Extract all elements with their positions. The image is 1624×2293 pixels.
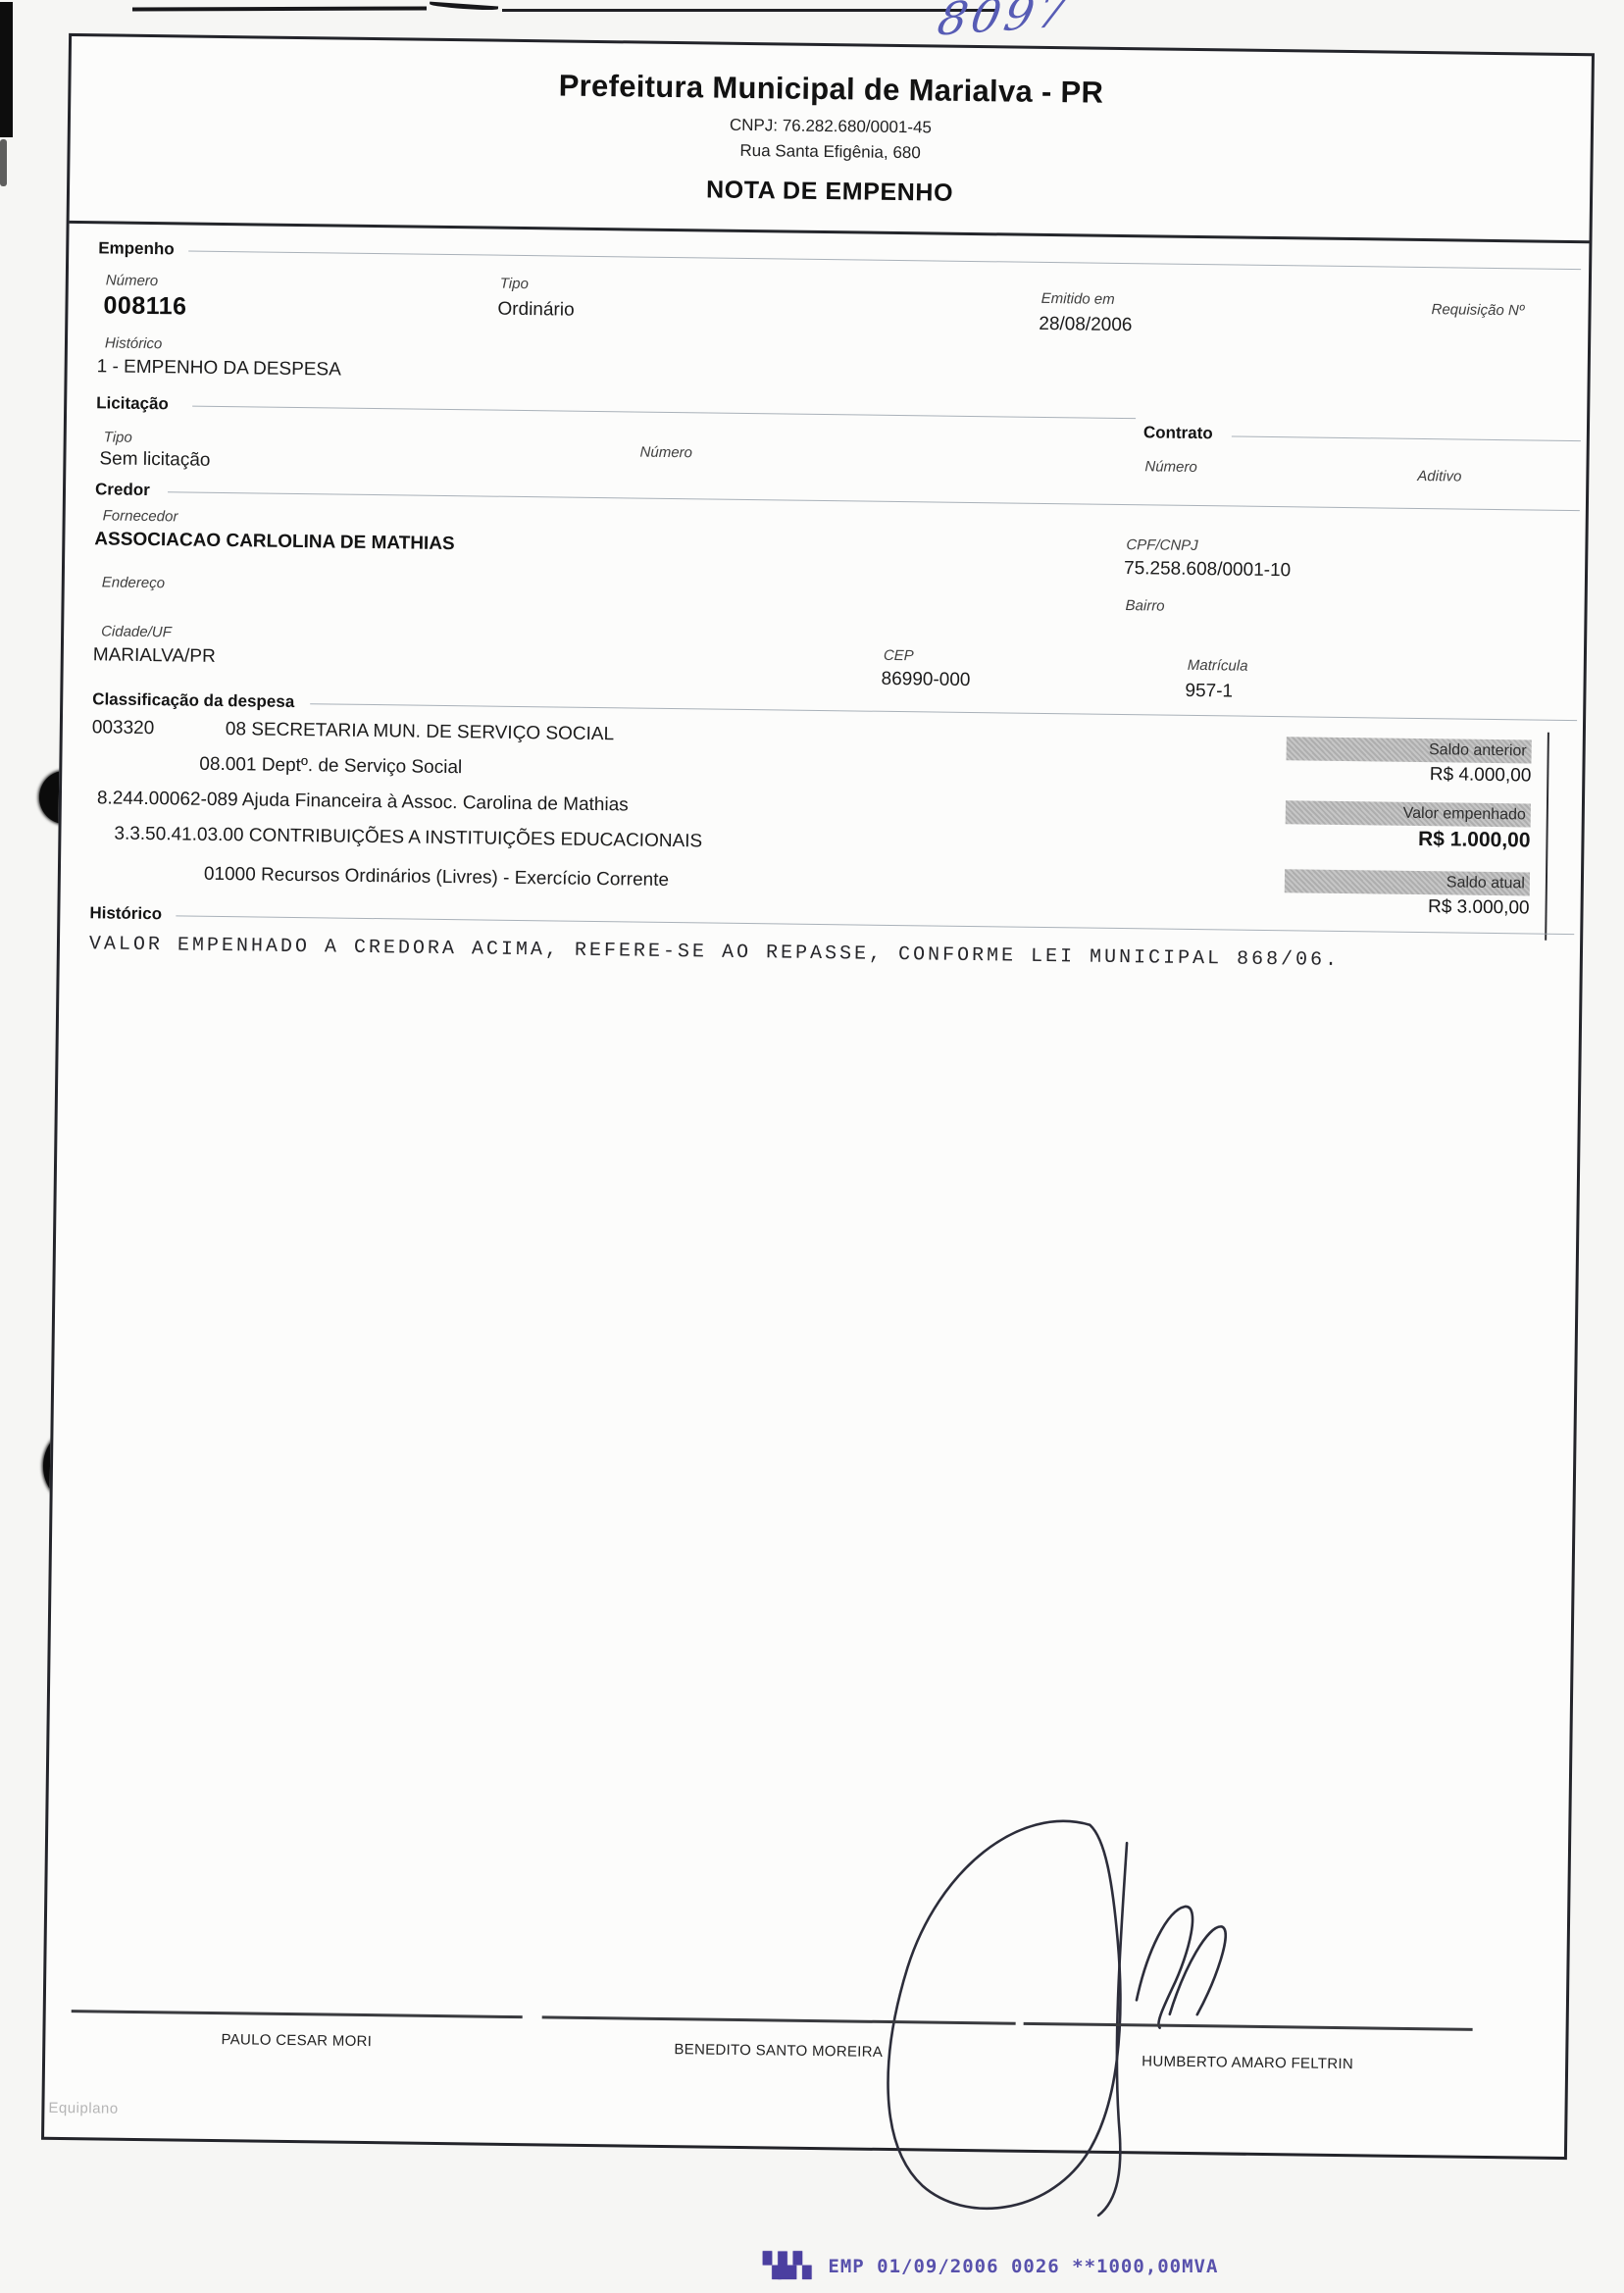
contrato-numero-label: Número [1144,458,1197,476]
signature-name-1: PAULO CESAR MORI [71,2029,522,2052]
document-title: NOTA DE EMPENHO [70,168,1590,216]
section-licitacao-rule [192,406,1136,420]
value-column-rule [1545,733,1549,941]
saldo-atual-label: Saldo atual [1285,869,1530,895]
signature-line-1 [72,2010,523,2018]
matricula-label: Matrícula [1188,657,1248,675]
classificacao-row: 3.3.50.41.03.00 CONTRIBUIÇÕES A INSTITUI… [114,824,702,853]
section-historico-rule [176,915,1574,935]
section-credor-rule [168,491,1580,511]
page-title: Prefeitura Municipal de Marialva - PR [71,62,1591,117]
page-edge-squiggle [430,2,498,12]
header-separator [70,221,1590,243]
section-contrato: Contrato [1143,423,1213,443]
contrato-aditivo-label: Aditivo [1417,468,1461,485]
scan-edge-mark [0,2,13,137]
scanned-document-page: { "annotations": { "handwritten_number":… [0,0,1624,2293]
section-classificacao-rule [310,703,1577,721]
historico-text: VALOR EMPENHADO A CREDORA ACIMA, REFERE-… [89,933,1340,972]
saldo-anterior-label: Saldo anterior [1287,737,1532,763]
classificacao-code: 003320 [92,717,155,739]
credor-cpf: 75.258.608/0001-10 [1124,558,1291,582]
scan-edge-mark-small [0,139,7,186]
section-historico: Histórico [89,903,162,924]
section-credor: Credor [95,480,150,500]
classificacao-row: 08 SECRETARIA MUN. DE SERVIÇO SOCIAL [226,719,615,745]
tipo-label: Tipo [500,276,529,292]
credor-cidade: MARIALVA/PR [93,644,216,668]
numero-label: Número [106,272,159,289]
saldo-anterior-value: R$ 4.000,00 [1286,762,1531,787]
saldo-atual-value: R$ 3.000,00 [1284,894,1529,919]
requisicao-label: Requisição Nº [1431,301,1524,319]
section-contrato-rule [1232,435,1581,441]
stamp-text: EMP 01/09/2006 0026 **1000,00MVA [828,2256,1218,2277]
historico-label: Histórico [105,334,163,352]
software-watermark: Equiplano [48,2100,118,2117]
section-empenho: Empenho [98,238,175,259]
empenho-historico: 1 - EMPENHO DA DESPESA [97,356,341,381]
cep-label: CEP [884,647,914,664]
classificacao-row: 01000 Recursos Ordinários (Livres) - Exe… [204,864,669,892]
empenho-emitido: 28/08/2006 [1039,314,1132,336]
signature-scribble [828,1800,1255,2237]
classificacao-row: 8.244.00062-089 Ajuda Financeira à Assoc… [97,788,629,816]
handwritten-number: 8097 [934,0,1076,46]
credor-fornecedor: ASSOCIACAO CARLOLINA DE MATHIAS [94,529,455,555]
credor-cep: 86990-000 [881,669,970,691]
endereco-label: Endereço [102,574,165,591]
page-edge-line [132,6,427,11]
empenho-tipo: Ordinário [497,299,574,322]
cidade-label: Cidade/UF [101,623,172,640]
credor-matricula: 957-1 [1185,681,1233,703]
licitacao-tipo-label: Tipo [104,429,132,445]
document-frame: Prefeitura Municipal de Marialva - PR CN… [41,33,1595,2160]
emitido-label: Emitido em [1041,290,1115,308]
cpf-label: CPF/CNPJ [1126,536,1198,554]
licitacao-numero-label: Número [639,444,692,462]
section-empenho-rule [188,251,1581,271]
bairro-label: Bairro [1125,597,1164,615]
page-edge-line-2 [502,9,997,12]
valor-empenhado-label: Valor empenhado [1286,800,1531,827]
empenho-numero: 008116 [103,291,186,321]
stamp-logo-icon: ▚▙▚ [763,2252,808,2280]
fornecedor-label: Fornecedor [103,507,178,525]
section-licitacao: Licitação [96,393,169,414]
validation-stamp: ▚▙▚ EMP 01/09/2006 0026 **1000,00MVA [763,2252,1218,2280]
licitacao-tipo: Sem licitação [99,448,210,471]
classificacao-row: 08.001 Deptº. de Serviço Social [199,754,462,780]
section-classificacao: Classificação da despesa [92,689,294,712]
valor-empenhado-value: R$ 1.000,00 [1285,826,1530,852]
